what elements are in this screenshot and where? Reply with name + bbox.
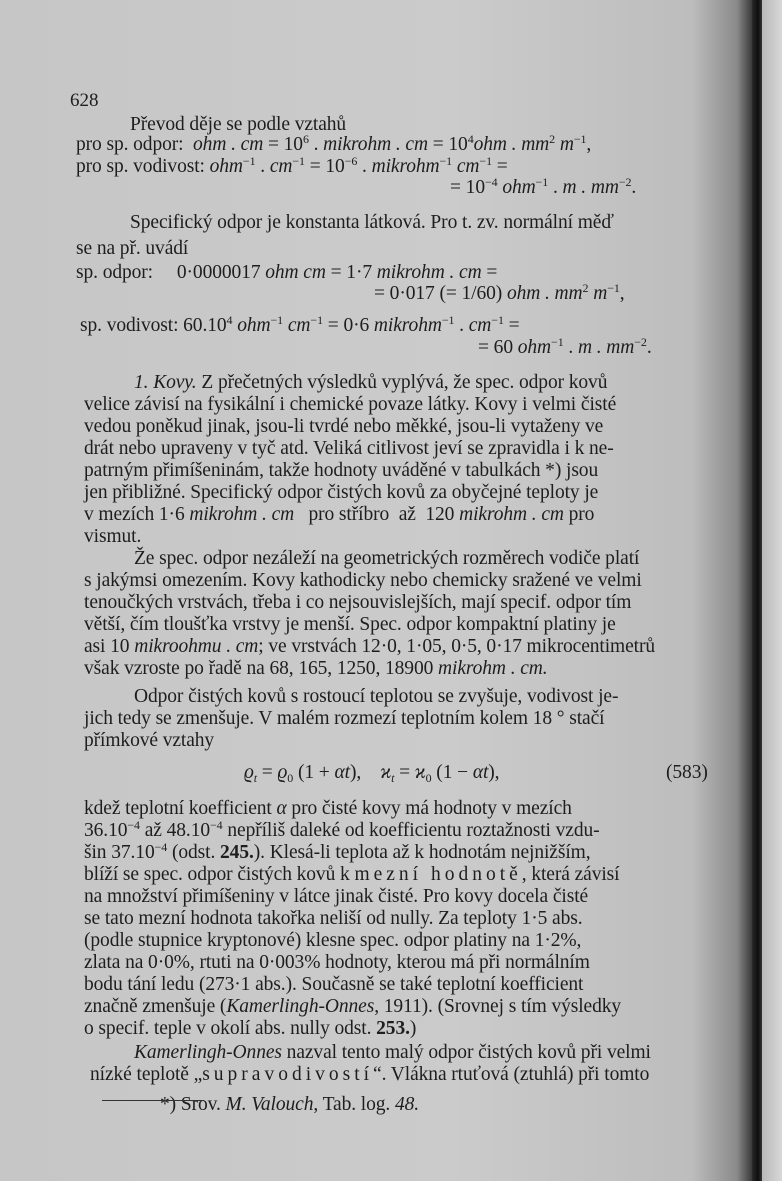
text-line: však vzroste po řadě na 68, 165, 1250, 1… xyxy=(84,658,548,680)
adjacent-page-edge xyxy=(762,0,782,1181)
text-line: blíží se spec. odpor čistých kovů k mezn… xyxy=(84,864,619,886)
text-line: šin 37.10−4 (odst. 245.). Klesá-li teplo… xyxy=(84,842,591,864)
text-line: = 0·017 (= 1/60) ohm . mm2 m−1, xyxy=(374,283,625,305)
text-line: vedou poněkud jinak, jsou-li tvrdé nebo … xyxy=(84,416,603,438)
text-line: sp. odpor: 0·0000017 ohm cm = 1·7 mikroh… xyxy=(76,262,497,284)
text-line: bodu tání ledu (273·1 abs.). Současně se… xyxy=(84,974,583,996)
text-line: s jakýmsi omezením. Kovy kathodicky nebo… xyxy=(84,570,642,592)
text-line: se na př. uvádí xyxy=(76,238,188,260)
text-line: se tato mezní hodnota takořka neliší od … xyxy=(84,908,582,930)
text-line: kdež teplotní koefficient α pro čisté ko… xyxy=(84,798,572,820)
text-line: drát nebo upraveny v tyč atd. Veliká cit… xyxy=(84,438,614,460)
text-line: tenoučkých vrstvách, třeba i co nejsouvi… xyxy=(84,592,631,614)
footnote: *) Srov. M. Valouch, Tab. log. 48. xyxy=(160,1094,419,1116)
text-line: větší, čím tloušťka vrstvy je menší. Spe… xyxy=(84,614,616,636)
equation-583: ϱt = ϱ0 (1 + αt), ϰt = ϰ0 (1 − αt), xyxy=(244,762,499,784)
equation-583: (583) xyxy=(666,762,708,784)
text-line: 36.10−4 až 48.10−4 nepříliš daleké od ko… xyxy=(84,820,600,842)
text-line: přímkové vztahy xyxy=(84,730,214,752)
text-line: o specif. teple v okolí abs. nully odst.… xyxy=(84,1018,416,1040)
text-line: v mezích 1·6 mikrohm . cm pro stříbro až… xyxy=(84,504,594,526)
text-line: asi 10 mikroohmu . cm; ve vrstvách 12·0,… xyxy=(84,636,655,658)
text-line: pro sp. vodivost: ohm−1 . cm−1 = 10−6 . … xyxy=(76,156,508,178)
footnote-rule xyxy=(102,1100,204,1101)
text-line: pro sp. odpor: ohm . cm = 106 . mikrohm … xyxy=(76,134,591,156)
text-line: na množství přimíšeniny v látce jinak či… xyxy=(84,886,588,908)
book-spine xyxy=(752,0,762,1181)
text-line: nízké teplotě „supravodivostí“. Vlákna r… xyxy=(90,1064,649,1086)
text-line: zlata na 0·0%, rtuti na 0·003% hodnoty, … xyxy=(84,952,590,974)
book-page: 628 Převod děje se podle vztahůpro sp. o… xyxy=(0,0,752,1181)
text-line: Že spec. odpor nezáleží na geometrických… xyxy=(134,548,639,570)
text-line: patrným přimíšeninám, takže hodnoty uvád… xyxy=(84,460,598,482)
text-line: Kamerlingh-Onnes nazval tento malý odpor… xyxy=(134,1042,651,1064)
text-line: = 10−4 ohm−1 . m . mm−2. xyxy=(450,177,636,199)
text-line: Převod děje se podle vztahů xyxy=(130,114,346,136)
text-line: = 60 ohm−1 . m . mm−2. xyxy=(478,337,652,359)
text-line: (podle stupnice kryptonové) klesne spec.… xyxy=(84,930,581,952)
text-line: Specifický odpor je konstanta látková. P… xyxy=(130,212,614,234)
text-line: jich tedy se zmenšuje. V malém rozmezí t… xyxy=(84,708,604,730)
text-line: Odpor čistých kovů s rostoucí teplotou s… xyxy=(134,686,618,708)
text-line: velice závisí na fysikální i chemické po… xyxy=(84,394,616,416)
text-line: jen přibližné. Specifický odpor čistých … xyxy=(84,482,598,504)
text-line: značně zmenšuje (Kamerlingh-Onnes, 1911)… xyxy=(84,996,621,1018)
text-line: sp. vodivost: 60.104 ohm−1 cm−1 = 0·6 mi… xyxy=(80,315,520,337)
page-number: 628 xyxy=(70,90,99,112)
text-line: vismut. xyxy=(84,526,141,548)
text-line: 1. Kovy. Z přečetných výsledků vyplývá, … xyxy=(134,372,607,394)
